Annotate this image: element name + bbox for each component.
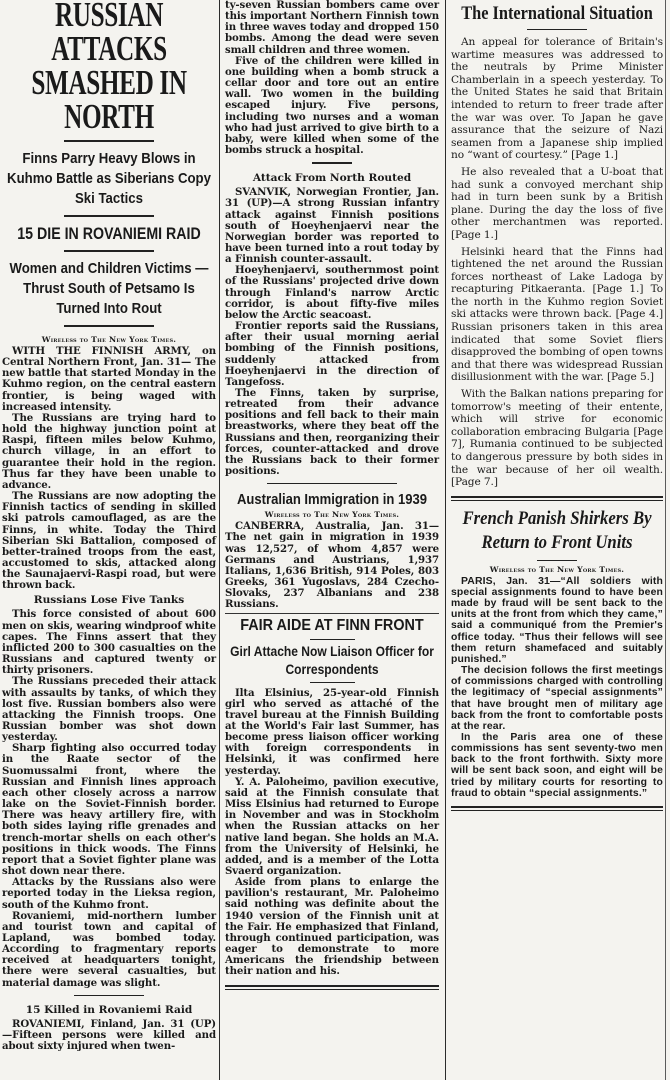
paragraph: ROVANIEMI, Finland, Jan. 31 (UP)—Fifteen…: [2, 1019, 216, 1052]
article-fair-aide: FAIR AIDE AT FINN FRONT Girl Attache Now…: [225, 616, 439, 978]
divider: [451, 496, 663, 501]
article-russian-attacks: RUSSIAN ATTACKS SMASHED IN NORTH Finns P…: [2, 0, 216, 1052]
column-divider: [445, 0, 446, 1080]
paragraph: WITH THE FINNISH ARMY, on Central Northe…: [2, 346, 216, 413]
paragraph: The Russians are trying hard to hold the…: [2, 413, 216, 491]
deck-finns-parry: Finns Parry Heavy Blows in Kuhmo Battle …: [3, 149, 216, 209]
divider: [267, 483, 397, 484]
divider: [64, 215, 154, 217]
main-headline: RUSSIAN ATTACKS SMASHED IN NORTH: [3, 0, 215, 134]
subhead-attack-routed: Attack From North Routed: [225, 171, 439, 186]
divider: [74, 995, 144, 996]
paragraph: ty-seven Russian bombers came over this …: [225, 0, 439, 56]
divider: [451, 806, 663, 811]
paragraph: This force consisted of about 600 men on…: [2, 609, 216, 676]
paragraph: The Russians preceded their attack with …: [2, 676, 216, 743]
paragraph: Sharp fighting also occurred today in th…: [2, 743, 216, 877]
deck-women-children: Women and Children Victims —Thrust South…: [3, 259, 216, 319]
subhead-five-tanks: Russians Lose Five Tanks: [2, 593, 216, 608]
paragraph: With the Balkan nations preparing for to…: [451, 388, 663, 489]
divider: [64, 140, 154, 142]
intl-headline: The International Situation: [452, 2, 662, 26]
paragraph: SVANVIK, Norwegian Frontier, Jan. 31 (UP…: [225, 187, 439, 265]
headline-line-1: RUSSIAN ATTACKS: [3, 0, 215, 66]
divider: [310, 639, 355, 640]
divider: [64, 250, 154, 252]
fair-headline: FAIR AIDE AT FINN FRONT: [227, 616, 438, 636]
paragraph: An appeal for tolerance of Britain's war…: [451, 36, 663, 162]
paragraph: PARIS, Jan. 31—“All soldiers with specia…: [451, 576, 663, 665]
divider: [312, 162, 352, 164]
divider: [225, 613, 439, 614]
article-french-shirkers: French Panish Shirkers By Return to Fron…: [451, 507, 663, 799]
subhead-15-killed: 15 Killed in Rovaniemi Raid: [2, 1003, 216, 1018]
paragraph: Aside from plans to enlarge the pavilion…: [225, 877, 439, 977]
paragraph: Hoeyhenjaervi, southernmost point of the…: [225, 265, 439, 321]
paragraph: Ilta Elsinius, 25-year-old Finnish girl …: [225, 688, 439, 777]
paragraph: The decision follows the first meetings …: [451, 665, 663, 732]
article-international-situation: The International Situation An appeal fo…: [451, 2, 663, 489]
column-divider: [219, 0, 220, 1080]
article-australian-immigration: Australian Immigration in 1939 Wireless …: [225, 491, 439, 610]
fair-deck: Girl Attache Now Liaison Officer for Cor…: [225, 643, 439, 679]
divider: [310, 682, 355, 683]
paragraph: Y. A. Paloheimo, pavilion executive, sai…: [225, 777, 439, 877]
paragraph: Frontier reports said the Russians, afte…: [225, 321, 439, 388]
french-headline: French Panish Shirkers By Return to Fron…: [451, 507, 662, 555]
headline-line-2: SMASHED IN NORTH: [3, 66, 215, 134]
column-divider: [665, 0, 666, 1080]
divider: [64, 325, 154, 327]
divider: [537, 560, 577, 561]
right-column: The International Situation An appeal fo…: [451, 0, 663, 817]
paragraph: The Russians are now adopting the Finnis…: [2, 491, 216, 591]
paragraph: Five of the children were killed in one …: [225, 56, 439, 156]
divider: [527, 29, 587, 30]
australia-headline: Australian Immigration in 1939: [225, 491, 439, 509]
paragraph: Attacks by the Russians also were report…: [2, 877, 216, 910]
middle-column: ty-seven Russian bombers came over this …: [225, 0, 439, 996]
wire-credit: Wireless to The New York Times.: [451, 564, 663, 576]
divider: [225, 985, 439, 990]
paragraph: In the Paris area one of these commissio…: [451, 732, 663, 799]
paragraph: Rovaniemi, mid-northern lumber and touri…: [2, 911, 216, 989]
paragraph: He also revealed that a U-boat that had …: [451, 166, 663, 242]
paragraph: CANBERRA, Australia, Jan. 31— The net ga…: [225, 521, 439, 610]
paragraph: Helsinki heard that the Finns had tighte…: [451, 246, 663, 385]
paragraph: The Finns, taken by surprise, retreated …: [225, 388, 439, 477]
deck-rovaniemi-raid: 15 DIE IN ROVANIEMI RAID: [3, 224, 215, 244]
